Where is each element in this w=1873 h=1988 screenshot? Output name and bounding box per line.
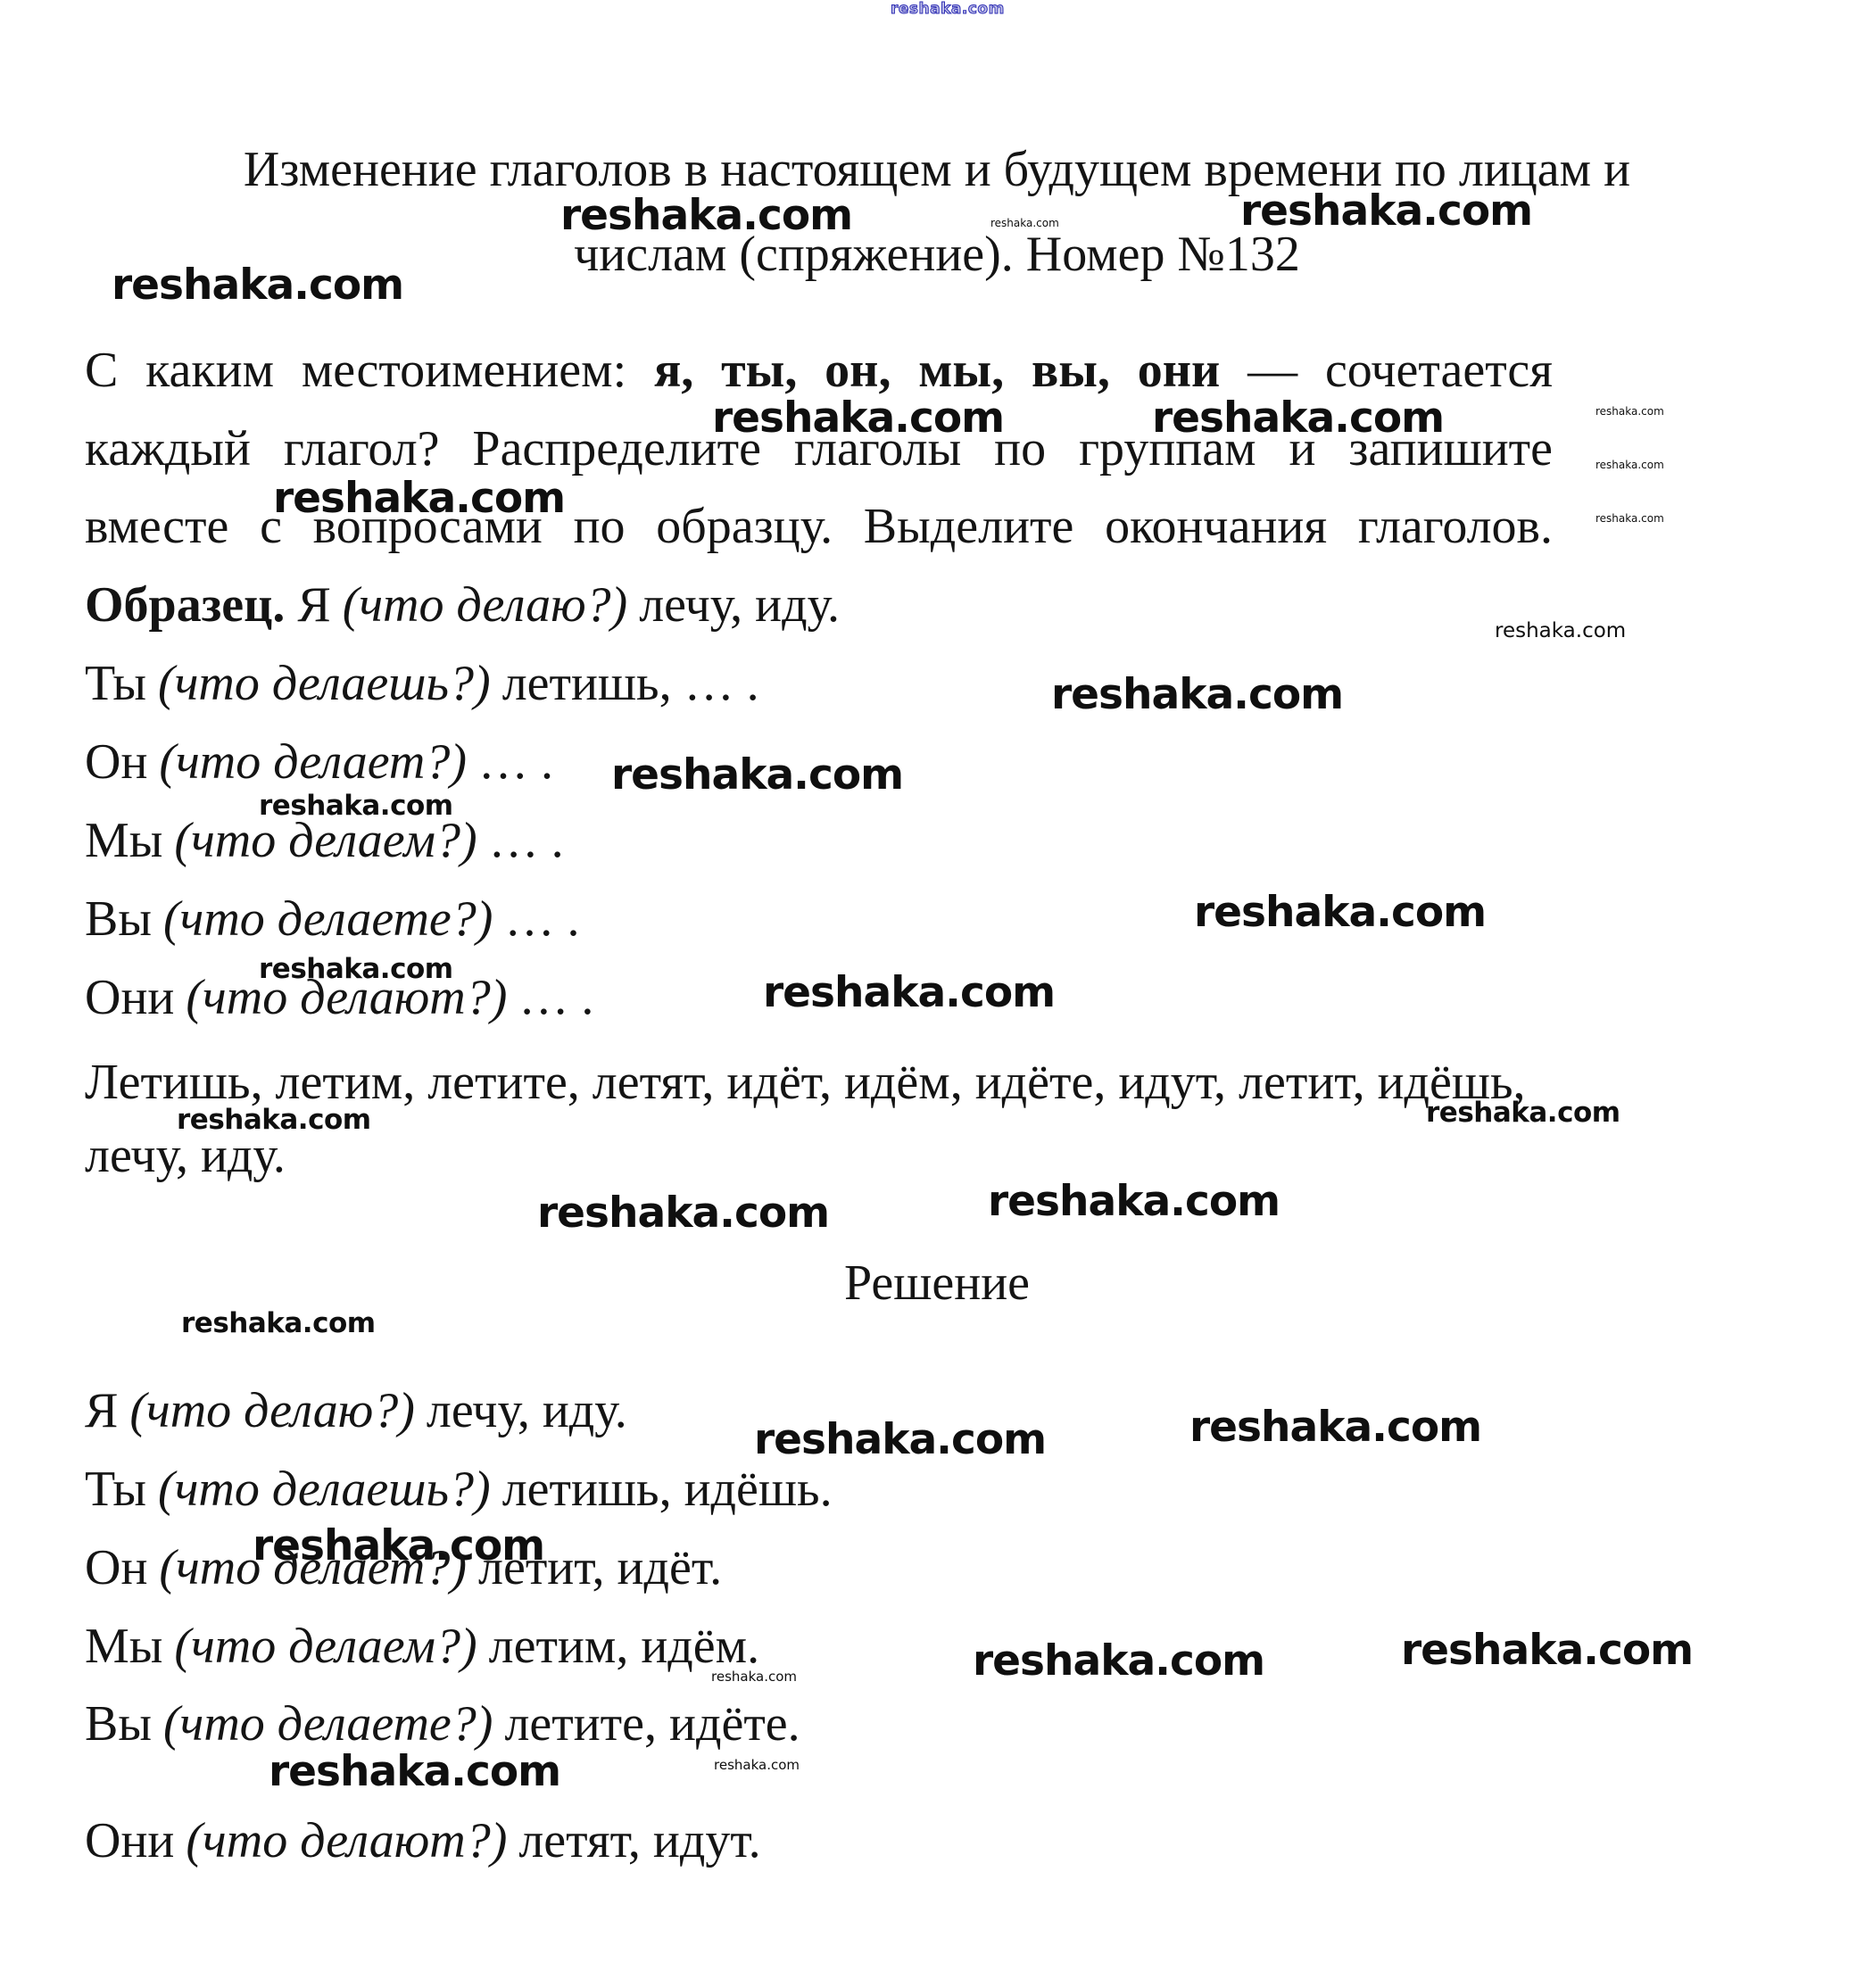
pronoun: Ты [85,656,146,711]
solution-heading: Решение [22,1251,1852,1315]
task-line-2: каждый глагол? Распределите глаголы по г… [85,417,1553,481]
solution-row: Они(что делают?)летят, идут. [85,1809,761,1873]
watermark-text: reshaka.com [1051,674,1343,716]
watermark-text: reshaka.com [537,1192,829,1234]
watermark-text: reshaka.com [1189,1406,1481,1448]
answer: летишь, идёшь. [502,1462,833,1517]
pronoun: Он [85,734,147,790]
question: (что делаем?) [174,1619,477,1674]
question: (что делает?) [159,734,467,790]
pronoun: Я [85,1383,118,1438]
answer: летим, идём. [489,1619,759,1674]
watermark-text: reshaka.com [1401,1629,1693,1671]
answer: летит, идёт. [478,1540,722,1595]
question: (что делаем?) [174,813,477,868]
example-row: Он(что делает?)… . [85,730,553,794]
watermark-text: reshaka.com [611,754,903,796]
task-text: — сочетается [1220,343,1553,398]
pronoun: Вы [85,891,152,947]
watermark-text: reshaka.com [714,1759,800,1772]
example-row: Они(что делают?)… . [85,965,593,1030]
example-label: Образец. [85,577,285,633]
pronoun: Я [297,577,330,633]
example-row: Вы(что делаете?)… . [85,887,579,951]
watermark-text: reshaka.com [891,2,1005,17]
pronoun: Мы [85,1619,162,1674]
question: (что делаешь?) [158,1462,491,1517]
pronoun: Они [85,970,174,1025]
watermark-text: reshaka.com [1595,513,1664,524]
answer: … . [478,734,553,790]
watermark-text: reshaka.com [1194,891,1486,933]
question: (что делаю?) [129,1383,415,1438]
task-line-1: С каким местоимением: я, ты, он, мы, вы,… [85,338,1553,402]
watermark-text: reshaka.com [763,972,1055,1014]
watermark-text: reshaka.com [1595,406,1664,417]
task-pronouns-bold: я, ты, он, мы, вы, они [654,343,1220,398]
pronoun: Вы [85,1696,152,1752]
watermark-text: reshaka.com [973,1640,1264,1682]
question: (что делают?) [186,1813,507,1868]
example-row: Мы(что делаем?)… . [85,808,564,873]
answer: … . [518,970,593,1025]
question: (что делаю?) [343,577,628,633]
question: (что делаете?) [163,1696,493,1752]
document-page: reshaka.com reshaka.com reshaka.com resh… [0,0,1873,1988]
pronoun: Они [85,1813,174,1868]
question: (что делаешь?) [158,656,491,711]
answer: летят, идут. [518,1813,760,1868]
example-row: Образец.Я(что делаю?)лечу, иду. [85,573,840,637]
answer: летишь, … . [502,656,759,711]
question: (что делает?) [159,1540,467,1595]
pronoun: Мы [85,813,162,868]
question: (что делаете?) [163,891,493,947]
page-title-line-1: Изменение глаголов в настоящем и будущем… [22,137,1852,202]
answer: летите, идёте. [504,1696,800,1752]
solution-row: Я(что делаю?)лечу, иду. [85,1379,627,1443]
task-line-3: вместе с вопросами по образцу. Выделите … [85,494,1553,559]
watermark-text: reshaka.com [269,1751,560,1793]
page-title-line-2: числам (спряжение). Номер №132 [22,222,1852,286]
answer: … . [489,813,564,868]
answer: лечу, иду. [427,1383,627,1438]
example-row: Ты(что делаешь?)летишь, … . [85,651,759,716]
pronoun: Ты [85,1462,146,1517]
question: (что делают?) [186,970,507,1025]
answer: лечу, иду. [639,577,840,633]
task-text: С каким местоимением: [85,343,654,398]
watermark-text: reshaka.com [1495,621,1626,642]
watermark-text: reshaka.com [1595,460,1664,470]
solution-row: Ты(что делаешь?)летишь, идёшь. [85,1457,833,1521]
solution-row: Вы(что делаете?)летите, идёте. [85,1692,800,1756]
solution-row: Он(что делает?)летит, идёт. [85,1536,722,1600]
watermark-text: reshaka.com [988,1180,1280,1222]
solution-row: Мы(что делаем?)летим, идём. [85,1614,759,1678]
answer: … . [504,891,579,947]
pronoun: Он [85,1540,147,1595]
word-list-line-1: Летишь, летим, летите, летят, идёт, идём… [85,1050,1526,1114]
word-list-line-2: лечу, иду. [85,1123,286,1188]
watermark-text: reshaka.com [754,1419,1046,1461]
